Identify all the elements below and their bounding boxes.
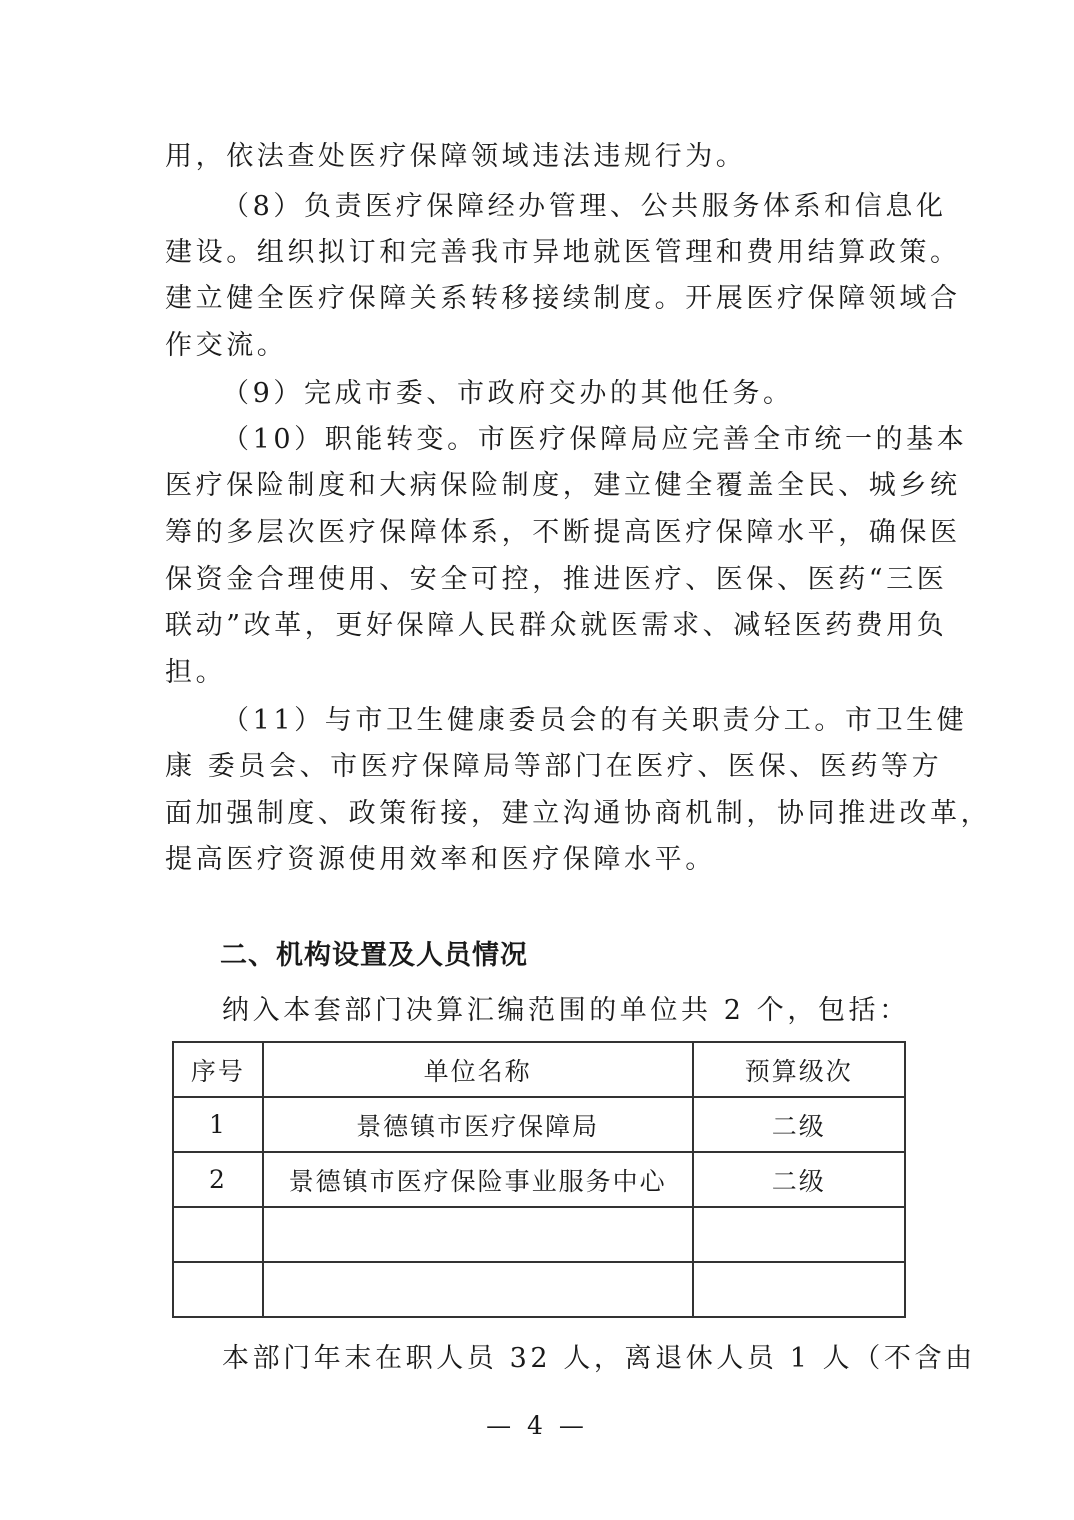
cell-index	[173, 1207, 263, 1262]
text-line: 建设。组织拟订和完善我市异地就医管理和费用结算政策。	[165, 236, 910, 270]
intro-text: 纳入本套部门决算汇编范围的单位共 2 个，包括：	[222, 994, 912, 1028]
text-line: 作交流。	[165, 329, 910, 363]
text-line-item-10: （10）职能转变。市医疗保障局应完善全市统一的基本	[222, 423, 912, 457]
table-row-empty	[173, 1207, 905, 1262]
cell-index: 1	[173, 1097, 263, 1152]
cell-index	[173, 1262, 263, 1317]
text-line: 提高医疗资源使用效率和医疗保障水平。	[165, 843, 910, 877]
text-line-item-11: （11）与市卫生健康委员会的有关职责分工。市卫生健	[222, 704, 912, 738]
text-line: 联动”改革，更好保障人民群众就医需求、减轻医药费用负	[165, 609, 910, 643]
text-line: 担。	[165, 656, 910, 690]
text-line: 建立健全医疗保障关系转移接续制度。开展医疗保障领域合	[165, 282, 910, 316]
cell-unit-name: 景德镇市医疗保险事业服务中心	[263, 1152, 693, 1207]
document-page: 用，依法查处医疗保障领域违法违规行为。 （8）负责医疗保障经办管理、公共服务体系…	[0, 0, 1074, 1520]
staff-text: 本部门年末在职人员 32 人，离退休人员 1 人（不含由	[222, 1342, 912, 1376]
text-line: 用，依法查处医疗保障领域违法违规行为。	[165, 140, 910, 174]
cell-budget-level: 二级	[693, 1097, 905, 1152]
section-heading: 二、机构设置及人员情况	[220, 939, 528, 973]
cell-unit-name	[263, 1262, 693, 1317]
header-index: 序号	[173, 1042, 263, 1097]
cell-unit-name	[263, 1207, 693, 1262]
cell-unit-name: 景德镇市医疗保障局	[263, 1097, 693, 1152]
cell-index: 2	[173, 1152, 263, 1207]
text-line: 康 委员会、市医疗保障局等部门在医疗、医保、医药等方	[165, 750, 910, 784]
cell-budget-level	[693, 1262, 905, 1317]
header-unit-name: 单位名称	[263, 1042, 693, 1097]
table-row: 1 景德镇市医疗保障局 二级	[173, 1097, 905, 1152]
text-line: 保资金合理使用、安全可控，推进医疗、医保、医药“三医	[165, 563, 910, 597]
text-line: 医疗保险制度和大病保险制度，建立健全覆盖全民、城乡统	[165, 469, 910, 503]
cell-budget-level	[693, 1207, 905, 1262]
text-line: 面加强制度、政策衔接，建立沟通协商机制，协同推进改革，	[165, 797, 910, 831]
cell-budget-level: 二级	[693, 1152, 905, 1207]
units-table: 序号 单位名称 预算级次 1 景德镇市医疗保障局 二级 2 景德镇市医疗保险事业…	[172, 1041, 906, 1318]
table-row: 2 景德镇市医疗保险事业服务中心 二级	[173, 1152, 905, 1207]
table-header-row: 序号 单位名称 预算级次	[173, 1042, 905, 1097]
table-row-empty	[173, 1262, 905, 1317]
text-line: 筹的多层次医疗保障体系，不断提高医疗保障水平，确保医	[165, 516, 910, 550]
text-line-item-9: （9）完成市委、市政府交办的其他任务。	[222, 377, 912, 411]
page-number: — 4 —	[0, 1411, 1074, 1440]
text-line-item-8: （8）负责医疗保障经办管理、公共服务体系和信息化	[222, 190, 912, 224]
header-budget-level: 预算级次	[693, 1042, 905, 1097]
